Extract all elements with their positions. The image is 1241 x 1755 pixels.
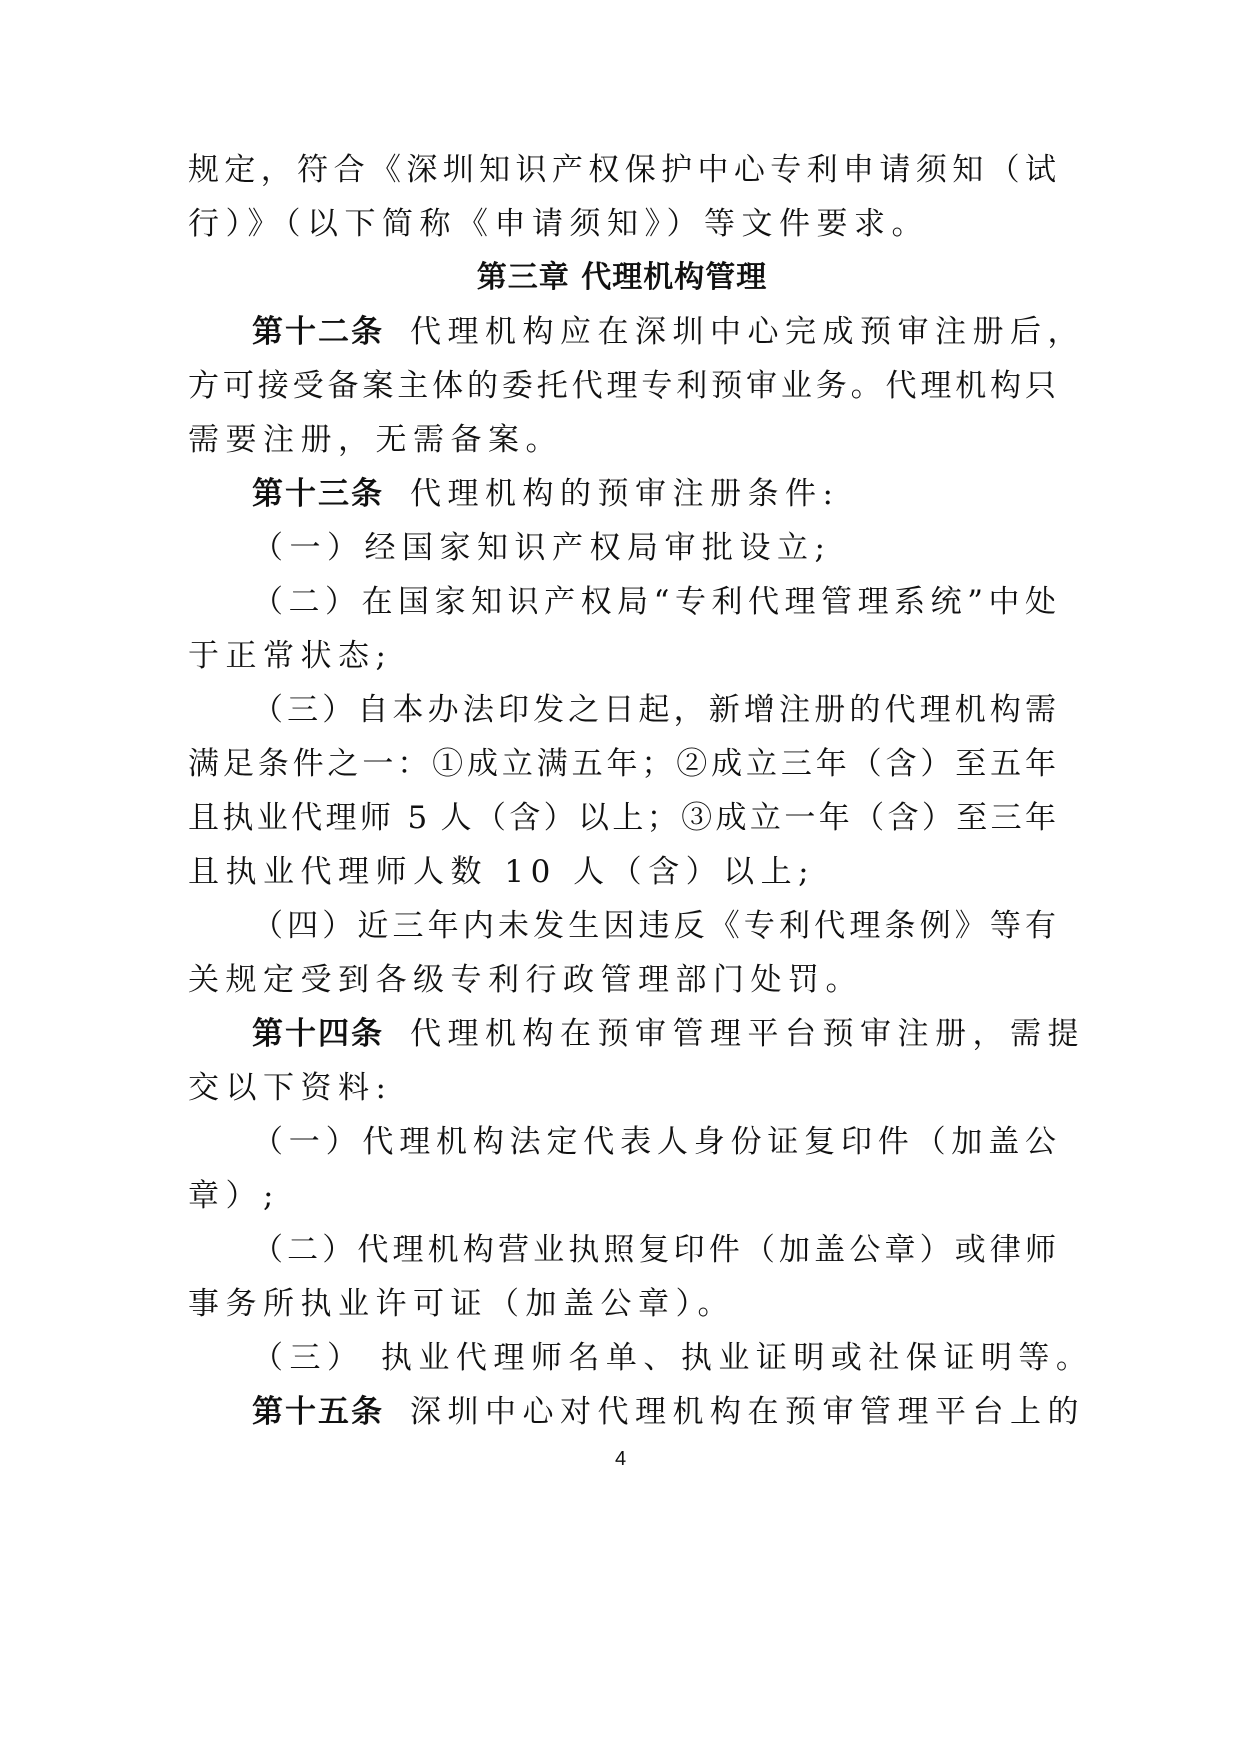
article-text: 代理机构应在深圳中心完成预审注册后， (410, 314, 1085, 350)
chapter-heading: 第三章 代理机构管理 (188, 258, 1056, 298)
paragraph-line: 交以下资料: (188, 1068, 1056, 1108)
list-item: （四）近三年内未发生因违反《专利代理条例》等有 (188, 906, 1056, 946)
list-item: （一）代理机构法定代表人身份证复印件（加盖公 (188, 1122, 1056, 1162)
paragraph-line: 章）; (188, 1176, 1056, 1216)
list-item: （二）在国家知识产权局“专利代理管理系统”中处 (188, 582, 1056, 622)
paragraph-line: 方可接受备案主体的委托代理专利预审业务。代理机构只 (188, 366, 1056, 406)
article-text: 代理机构在预审管理平台预审注册，需提 (410, 1016, 1085, 1052)
paragraph-line: 满足条件之一：①成立满五年；②成立三年（含）至五年 (188, 744, 1056, 784)
page-number: 4 (0, 1448, 1241, 1471)
article-label: 第十五条 (252, 1394, 384, 1430)
article-13: 第十三条代理机构的预审注册条件: (188, 474, 1056, 514)
list-item: （一）经国家知识产权局审批设立; (188, 528, 1056, 568)
paragraph-line: 关规定受到各级专利行政管理部门处罚。 (188, 960, 1056, 1000)
article-text: 深圳中心对代理机构在预审管理平台上的 (410, 1394, 1085, 1430)
article-label: 第十二条 (252, 314, 384, 350)
article-label: 第十三条 (252, 476, 384, 512)
paragraph-line: 需要注册，无需备案。 (188, 420, 1056, 460)
paragraph-line: 且执业代理师人数 10 人（含）以上; (188, 852, 1056, 892)
article-12: 第十二条代理机构应在深圳中心完成预审注册后， (188, 312, 1056, 352)
list-item: （三）自本办法印发之日起，新增注册的代理机构需 (188, 690, 1056, 730)
paragraph-line: 规定，符合《深圳知识产权保护中心专利申请须知（试 (188, 150, 1056, 190)
paragraph-line: 且执业代理师 5 人（含）以上；③成立一年（含）至三年 (188, 798, 1056, 838)
article-label: 第十四条 (252, 1016, 384, 1052)
list-item: （三） 执业代理师名单、执业证明或社保证明等。 (188, 1338, 1056, 1378)
article-15: 第十五条深圳中心对代理机构在预审管理平台上的 (188, 1392, 1056, 1432)
paragraph-line: 于正常状态; (188, 636, 1056, 676)
paragraph-line: 行）》（以下简称《申请须知》）等文件要求。 (188, 204, 1056, 244)
article-text: 代理机构的预审注册条件: (410, 476, 839, 512)
list-item: （二）代理机构营业执照复印件（加盖公章）或律师 (188, 1230, 1056, 1270)
paragraph-line: 事务所执业许可证（加盖公章）。 (188, 1284, 1056, 1324)
article-14: 第十四条代理机构在预审管理平台预审注册，需提 (188, 1014, 1056, 1054)
